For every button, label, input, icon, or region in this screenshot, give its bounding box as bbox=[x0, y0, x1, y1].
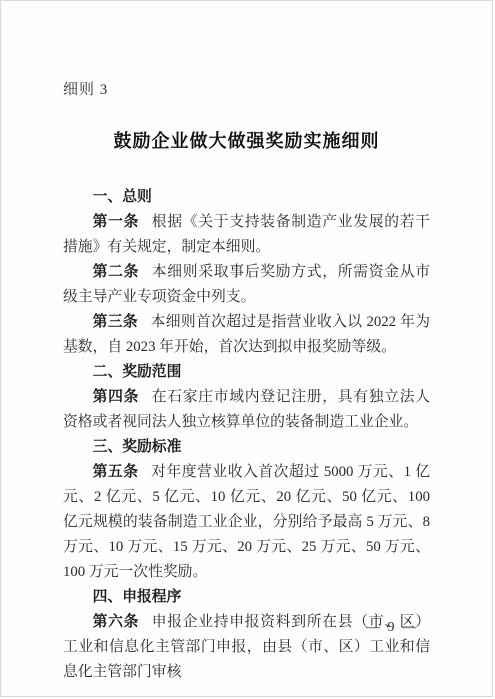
document-body: 一、总则 第一条根据《关于支持装备制造产业发展的若干措施》有关规定，制定本细则。… bbox=[63, 185, 430, 685]
article-3: 第三条本细则首次超过是指营业收入以 2022 年为基数，自 2023 年开始，首… bbox=[63, 310, 430, 360]
section-heading-reward-standard: 三、奖励标准 bbox=[63, 435, 430, 460]
article-5-text: 对年度营业收入首次超过 5000 万元、1 亿元、2 亿元、5 亿元、10 亿元… bbox=[63, 464, 430, 580]
page-number: — 9 — bbox=[366, 620, 418, 636]
section-heading-general: 一、总则 bbox=[63, 185, 430, 210]
page-title: 鼓励企业做大做强奖励实施细则 bbox=[63, 129, 430, 153]
document-page: 细则 3 鼓励企业做大做强奖励实施细则 一、总则 第一条根据《关于支持装备制造产… bbox=[0, 0, 493, 697]
article-1: 第一条根据《关于支持装备制造产业发展的若干措施》有关规定，制定本细则。 bbox=[63, 210, 430, 260]
article-5: 第五条对年度营业收入首次超过 5000 万元、1 亿元、2 亿元、5 亿元、10… bbox=[63, 460, 430, 585]
article-2: 第二条本细则采取事后奖励方式，所需资金从市级主导产业专项资金中列支。 bbox=[63, 260, 430, 310]
page-content: 细则 3 鼓励企业做大做强奖励实施细则 一、总则 第一条根据《关于支持装备制造产… bbox=[1, 1, 492, 685]
doc-label: 细则 3 bbox=[63, 81, 430, 99]
article-2-label: 第二条 bbox=[93, 264, 140, 280]
section-heading-application-procedure: 四、申报程序 bbox=[63, 585, 430, 610]
article-6-label: 第六条 bbox=[93, 614, 140, 630]
section-heading-reward-scope: 二、奖励范围 bbox=[63, 360, 430, 385]
article-1-label: 第一条 bbox=[93, 214, 140, 230]
article-3-label: 第三条 bbox=[93, 314, 138, 330]
article-4: 第四条在石家庄市域内登记注册，具有独立法人资格或者视同法人独立核算单位的装备制造… bbox=[63, 385, 430, 435]
article-5-label: 第五条 bbox=[93, 464, 139, 480]
article-4-label: 第四条 bbox=[93, 389, 140, 405]
